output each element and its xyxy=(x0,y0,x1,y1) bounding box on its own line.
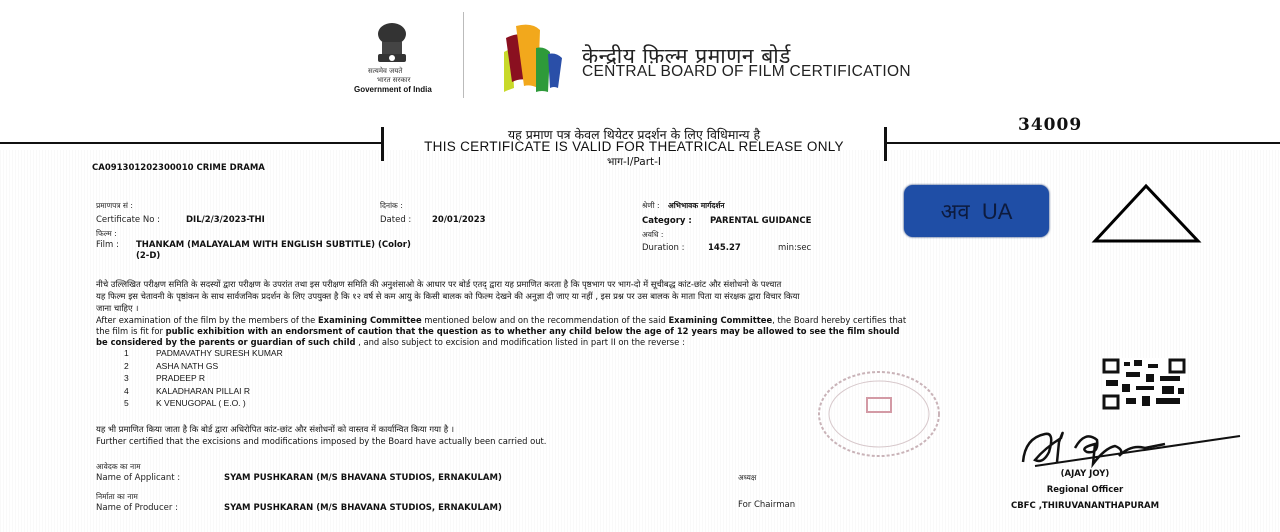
official-seal-icon xyxy=(815,368,943,460)
rating-badge-text: अव UA xyxy=(941,196,1013,226)
chairman-label-hindi: अध्यक्ष xyxy=(738,473,756,483)
rating-badge: अव UA xyxy=(904,185,1049,237)
producer-label: Name of Producer : xyxy=(96,503,178,513)
cert-no-label-hindi: प्रमाणपत्र सं : xyxy=(96,201,133,211)
rule-right xyxy=(886,142,1280,144)
category-code: CA091301202300010 CRIME DRAMA xyxy=(92,163,265,173)
officer-office: CBFC ,THIRUVANANTHAPURAM xyxy=(975,501,1195,511)
validity-notice: THIS CERTIFICATE IS VALID FOR THEATRICAL… xyxy=(384,139,884,154)
gov-name: Government of India xyxy=(354,85,432,94)
cbfc-logo-icon xyxy=(496,18,572,94)
header-divider xyxy=(463,12,464,98)
banner-bracket-right xyxy=(884,127,887,161)
category-label: Category : xyxy=(642,216,692,226)
duration-label-hindi: अवधि : xyxy=(642,230,663,240)
cert-no: DIL/2/3/2023-THI xyxy=(186,215,265,225)
serial-number: 34009 xyxy=(1018,115,1082,135)
category-label-hindi: श्रेणी : xyxy=(642,201,660,211)
producer-name: SYAM PUSHKARAN (M/S BHAVANA STUDIOS, ERN… xyxy=(224,503,502,513)
film-format: (2-D) xyxy=(136,251,160,261)
chairman-label: For Chairman xyxy=(738,500,795,510)
list-item: 2ASHA NATH GS xyxy=(124,360,283,373)
certification-text-hindi: नीचे उल्लिखित परीक्षण समिति के सदस्यों द… xyxy=(96,278,1186,314)
board-name: CENTRAL BOARD OF FILM CERTIFICATION xyxy=(582,63,911,81)
duration-value: 145.27 xyxy=(708,243,741,253)
film-title: THANKAM (MALAYALAM WITH ENGLISH SUBTITLE… xyxy=(136,240,411,250)
signature xyxy=(1015,418,1245,470)
certification-text: After examination of the film by the mem… xyxy=(96,315,1186,348)
dated-label-hindi: दिनांक : xyxy=(380,201,403,211)
dated-label: Dated : xyxy=(380,215,411,225)
applicant-label: Name of Applicant : xyxy=(96,473,180,483)
category-value-hindi: अभिभावक मार्गदर्शन xyxy=(668,201,725,211)
triangle-rating-icon xyxy=(1090,183,1202,245)
gov-name-hindi: भारत सरकार xyxy=(377,76,410,85)
film-label-hindi: फिल्म : xyxy=(96,229,117,239)
list-item: 4KALADHARAN PILLAI R xyxy=(124,385,283,398)
officer-name: (AJAY JOY) xyxy=(975,469,1195,479)
national-emblem-icon xyxy=(362,20,422,68)
duration-unit: min:sec xyxy=(778,243,811,253)
gov-motto: सत्यमेव जयते xyxy=(368,67,402,76)
applicant-name: SYAM PUSHKARAN (M/S BHAVANA STUDIOS, ERN… xyxy=(224,473,502,483)
officer-title: Regional Officer xyxy=(975,485,1195,495)
list-item: 3PRADEEP R xyxy=(124,372,283,385)
applicant-label-hindi: आवेदक का नाम xyxy=(96,462,141,472)
rule-left xyxy=(0,142,383,144)
list-item: 5K VENUGOPAL ( E.O. ) xyxy=(124,397,283,410)
committee-members-list: 1PADMAVATHY SURESH KUMAR 2ASHA NATH GS 3… xyxy=(124,347,283,410)
list-item: 1PADMAVATHY SURESH KUMAR xyxy=(124,347,283,360)
dated-value: 20/01/2023 xyxy=(432,215,486,225)
qr-code-icon xyxy=(1102,358,1186,410)
part-label: भाग-I/Part-I xyxy=(384,155,884,169)
cert-no-label: Certificate No : xyxy=(96,215,160,225)
category-value: PARENTAL GUIDANCE xyxy=(710,216,811,226)
film-label: Film : xyxy=(96,240,119,250)
duration-label: Duration : xyxy=(642,243,684,253)
producer-label-hindi: निर्माता का नाम xyxy=(96,492,138,502)
